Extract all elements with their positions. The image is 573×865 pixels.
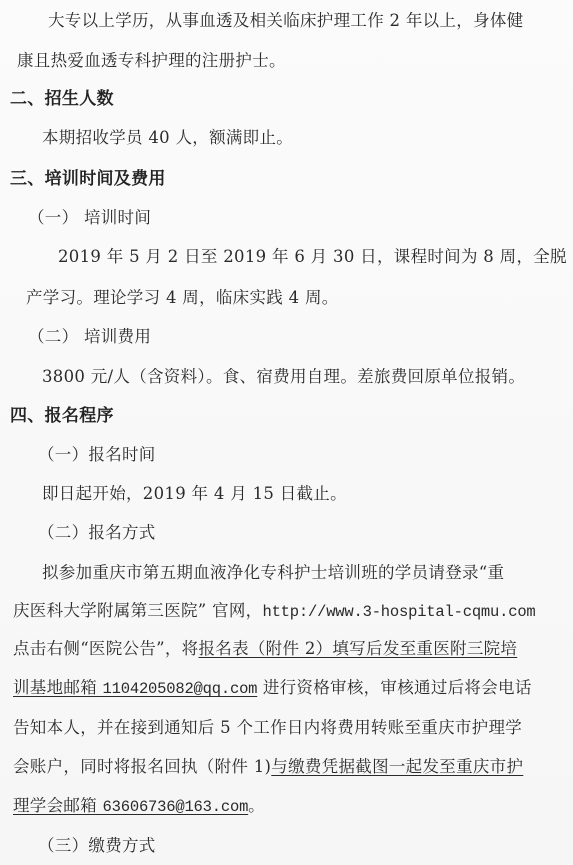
- hospital-website-url[interactable]: http://www.3-hospital-cqmu.com: [262, 603, 535, 621]
- section-heading-enrollment: 二、招生人数: [10, 88, 114, 110]
- section-heading-registration: 四、报名程序: [10, 405, 114, 427]
- underlined-form-instruction: 报名表（附件 2）填写后发至重医附三院培: [198, 639, 517, 658]
- paragraph-enrollment: 本期招收学员 40 人，额满即止。: [42, 127, 293, 149]
- text-registration-receipt: 会账户，同时将报名回执（附件 1): [13, 757, 271, 776]
- subheading-training-fees: （二） 培训费用: [28, 326, 151, 348]
- text-hospital-website: 庆医科大学附属第三医院” 官网，: [13, 601, 262, 620]
- subheading-registration-time: （一）报名时间: [38, 444, 156, 466]
- text-click-notice: 点击右侧“医院公告”，将: [13, 639, 198, 658]
- paragraph-registration-method-line5: 告知本人，并在接到通知后 5 个工作日内将费用转账至重庆市护理学: [13, 717, 522, 739]
- text-period: 。: [248, 796, 265, 815]
- paragraph-eligibility-line1: 大专以上学历，从事血透及相关临床护理工作 2 年以上，身体健: [48, 10, 524, 32]
- paragraph-registration-method-line2: 庆医科大学附属第三医院” 官网，http://www.3-hospital-cq…: [13, 600, 536, 623]
- paragraph-registration-method-line3: 点击右侧“医院公告”，将报名表（附件 2）填写后发至重医附三院培: [13, 638, 517, 660]
- paragraph-training-time-line1: 2019 年 5 月 2 日至 2019 年 6 月 30 日，课程时间为 8 …: [58, 246, 567, 268]
- paragraph-eligibility-line2: 康且热爱血透专科护理的注册护士。: [17, 50, 286, 72]
- underlined-nursing-association-mailbox-label: 理学会邮箱: [13, 796, 103, 815]
- subheading-payment-method: （三）缴费方式: [38, 835, 156, 857]
- section-heading-training-time-fees: 三、培训时间及费用: [10, 168, 166, 190]
- paragraph-registration-time: 即日起开始，2019 年 4 月 15 日截止。: [42, 483, 347, 505]
- subheading-registration-method: （二）报名方式: [38, 522, 156, 544]
- paragraph-registration-method-line6: 会账户，同时将报名回执（附件 1)与缴费凭据截图一起发至重庆市护: [13, 756, 523, 778]
- training-base-email-link[interactable]: 1104205082@qq.com: [103, 680, 258, 698]
- underlined-base-mailbox-label: 训基地邮箱: [13, 678, 103, 697]
- underlined-payment-proof-instruction: 与缴费凭据截图一起发至重庆市护: [271, 757, 523, 776]
- paragraph-training-fees: 3800 元/人（含资料）。食、宿费用自理。差旅费回原单位报销。: [42, 366, 525, 388]
- scanned-document-page: 大专以上学历，从事血透及相关临床护理工作 2 年以上，身体健 康且热爱血透专科护…: [0, 0, 573, 865]
- paragraph-registration-method-line7: 理学会邮箱 63606736@163.com。: [13, 795, 265, 818]
- paragraph-registration-method-line4: 训基地邮箱 1104205082@qq.com 进行资格审核，审核通过后将会电话: [13, 677, 532, 700]
- text-qualification-review: 进行资格审核，审核通过后将会电话: [257, 678, 531, 697]
- paragraph-training-time-line2: 产学习。理论学习 4 周，临床实践 4 周。: [26, 287, 339, 309]
- nursing-association-email-link[interactable]: 63606736@163.com: [103, 798, 249, 816]
- paragraph-registration-method-line1: 拟参加重庆市第五期血液净化专科护士培训班的学员请登录“重: [42, 562, 504, 584]
- subheading-training-time: （一） 培训时间: [28, 207, 151, 229]
